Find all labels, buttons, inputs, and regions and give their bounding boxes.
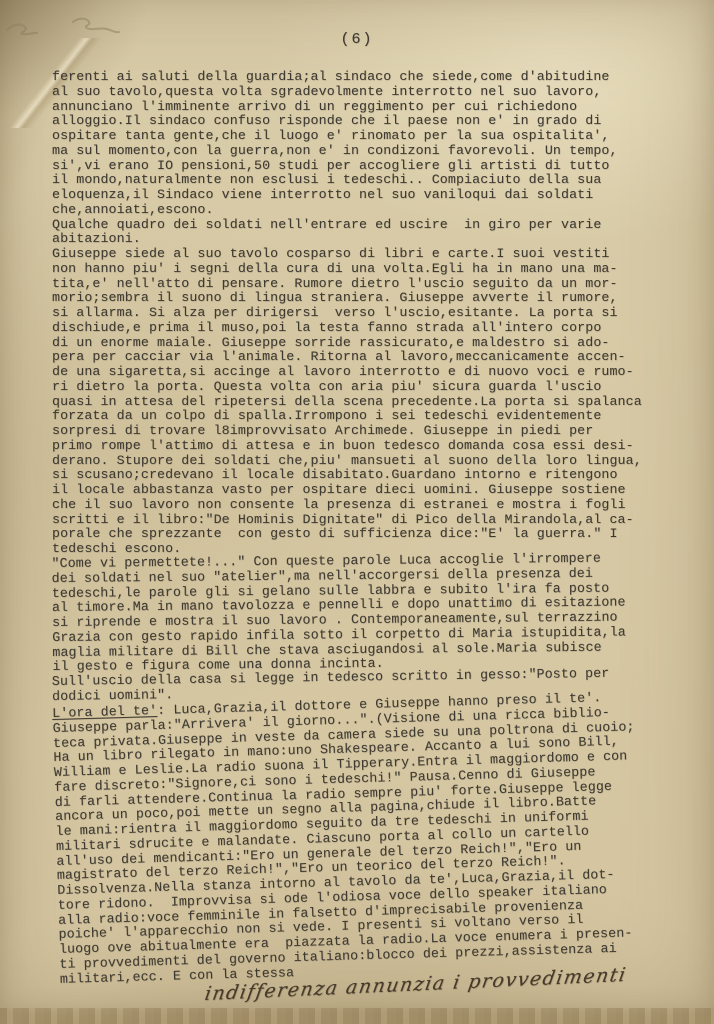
paragraph-guardia-sindaco: ferenti ai saluti della guardia;al sinda… — [52, 70, 704, 218]
paper-bottom-edge — [0, 1008, 714, 1024]
document-body: ferenti ai saluti della guardia;al sinda… — [52, 70, 704, 988]
paragraph-luca-atelier: "Come vi permettete!..." Con queste paro… — [51, 550, 704, 674]
section-text-ora-del-te: : Luca,Grazia,il dottore e Giuseppe hann… — [52, 690, 634, 986]
typewritten-document-page: (6) ferenti ai saluti della guardia;al s… — [0, 0, 714, 1024]
page-number: (6) — [0, 31, 714, 48]
paragraph-quadro-soldati: Qualche quadro dei soldati nell'entrare … — [52, 218, 704, 248]
paragraph-ora-del-te: L'ora del te': Luca,Grazia,il dottore e … — [52, 688, 712, 987]
paragraph-giuseppe-tavolo: Giuseppe siede al suo tavolo cosparso di… — [52, 247, 704, 557]
